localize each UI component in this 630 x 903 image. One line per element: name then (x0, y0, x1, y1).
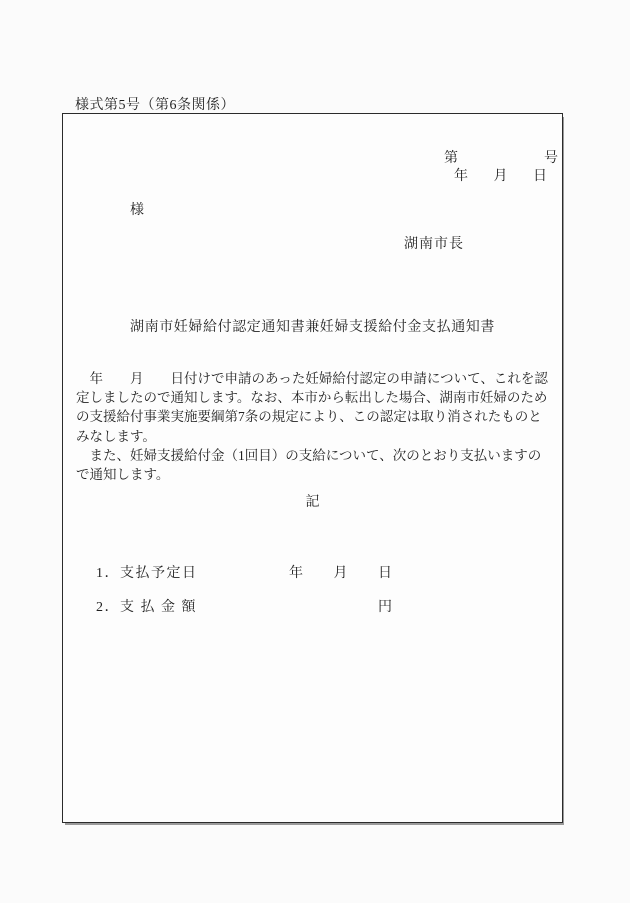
issue-date-line: 年 月 日 (454, 165, 547, 185)
doc-number-suffix: 号 (544, 147, 558, 167)
payment-amount-item: 2．支 払 金 額 (96, 596, 197, 616)
body-line: で通知します。 (76, 465, 562, 484)
payment-date-fields: 年 月 日 (289, 562, 392, 582)
body-line: みなします。 (76, 427, 562, 446)
item-number: 1． (96, 566, 120, 581)
issue-date-month-label: 月 (494, 165, 508, 185)
issue-date-year-label: 年 (454, 165, 468, 185)
item-label: 支払予定日 (120, 566, 198, 581)
form-style-label: 様式第5号（第6条関係） (75, 94, 235, 114)
document-title: 湖南市妊婦給付認定通知書兼妊婦支援給付金支払通知書 (63, 316, 562, 336)
body-line: また、妊婦支援給付金（1回目）の支給について、次のとおり支払いますの (76, 446, 562, 465)
body-line: 定しましたので通知します。なお、本市から転出した場合、湖南市妊婦のため (76, 388, 562, 407)
body-line: 年 月 日付けで申請のあった妊婦給付認定の申請について、これを認 (76, 369, 562, 388)
section-marker-ki: 記 (63, 491, 562, 511)
body-paragraph: 年 月 日付けで申請のあった妊婦給付認定の申請について、これを認 定しましたので… (76, 369, 562, 484)
item-number: 2． (96, 600, 120, 615)
doc-number-prefix: 第 (444, 147, 458, 167)
body-line: の支援給付事業実施要綱第7条の規定により、この認定は取り消されたものと (76, 407, 562, 426)
addressee-honorific: 様 (130, 199, 144, 219)
issue-date-day-label: 日 (533, 165, 547, 185)
payment-year-label: 年 (289, 562, 303, 582)
payment-date-item: 1．支払予定日 (96, 562, 198, 582)
notice-form-box: 第 号 年 月 日 様 湖南市長 湖南市妊婦給付認定通知書兼妊婦支援給付金支払通… (62, 113, 563, 823)
sender-name: 湖南市長 (404, 233, 464, 253)
item-label: 支 払 金 額 (120, 600, 197, 615)
document-page: 様式第5号（第6条関係） 第 号 年 月 日 様 湖南市長 湖南市妊婦給付認定通… (0, 0, 630, 903)
doc-number-line: 第 号 (444, 147, 558, 167)
payment-day-label: 日 (378, 562, 392, 582)
amount-unit-label: 円 (378, 596, 392, 616)
payment-month-label: 月 (334, 562, 348, 582)
